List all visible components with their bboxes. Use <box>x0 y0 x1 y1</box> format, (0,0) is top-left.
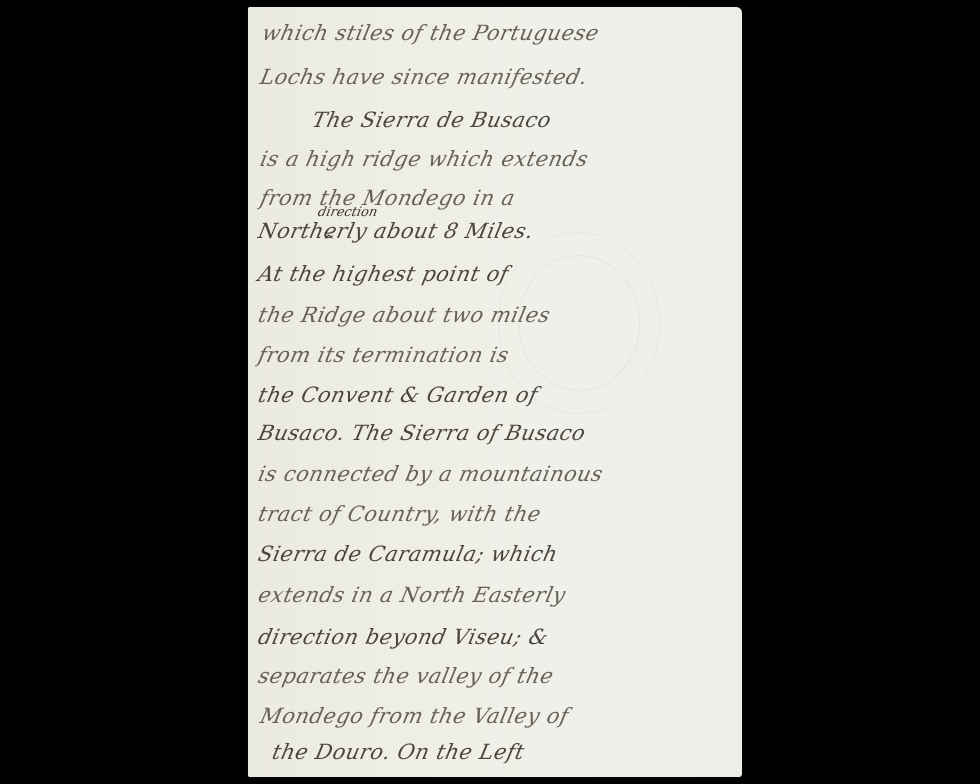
manuscript-line-16: direction beyond Viseu; & <box>256 625 551 649</box>
insertion-caret: ^ <box>323 233 335 249</box>
manuscript-line-14: Sierra de Caramula; which <box>256 542 560 566</box>
manuscript-line-8: the Ridge about two miles <box>256 303 553 327</box>
document-viewer: which stiles of the Portuguese Lochs hav… <box>0 0 980 784</box>
interlinear-insertion: direction <box>316 205 378 220</box>
manuscript-line-4: is a high ridge which extends <box>258 147 591 171</box>
manuscript-line-17: separates the valley of the <box>256 664 556 688</box>
manuscript-line-19: the Douro. On the Left <box>270 740 527 764</box>
manuscript-line-12: is connected by a mountainous <box>256 462 605 486</box>
manuscript-line-6: Northerly about 8 Miles. <box>256 219 536 243</box>
manuscript-line-3: The Sierra de Busaco <box>310 108 554 132</box>
manuscript-line-11: Busaco. The Sierra of Busaco <box>256 421 588 445</box>
manuscript-line-5: from the Mondego in a <box>258 186 517 210</box>
manuscript-line-1: which stiles of the Portuguese <box>260 21 601 45</box>
manuscript-line-13: tract of Country, with the <box>256 502 543 526</box>
manuscript-line-18: Mondego from the Valley of <box>258 704 571 728</box>
manuscript-line-2: Lochs have since manifested. <box>258 65 590 89</box>
manuscript-line-15: extends in a North Easterly <box>256 583 568 607</box>
manuscript-line-7: At the highest point of <box>256 262 511 286</box>
manuscript-line-9: from its termination is <box>256 343 511 367</box>
manuscript-page: which stiles of the Portuguese Lochs hav… <box>248 7 742 777</box>
manuscript-line-10: the Convent & Garden of <box>256 383 540 407</box>
